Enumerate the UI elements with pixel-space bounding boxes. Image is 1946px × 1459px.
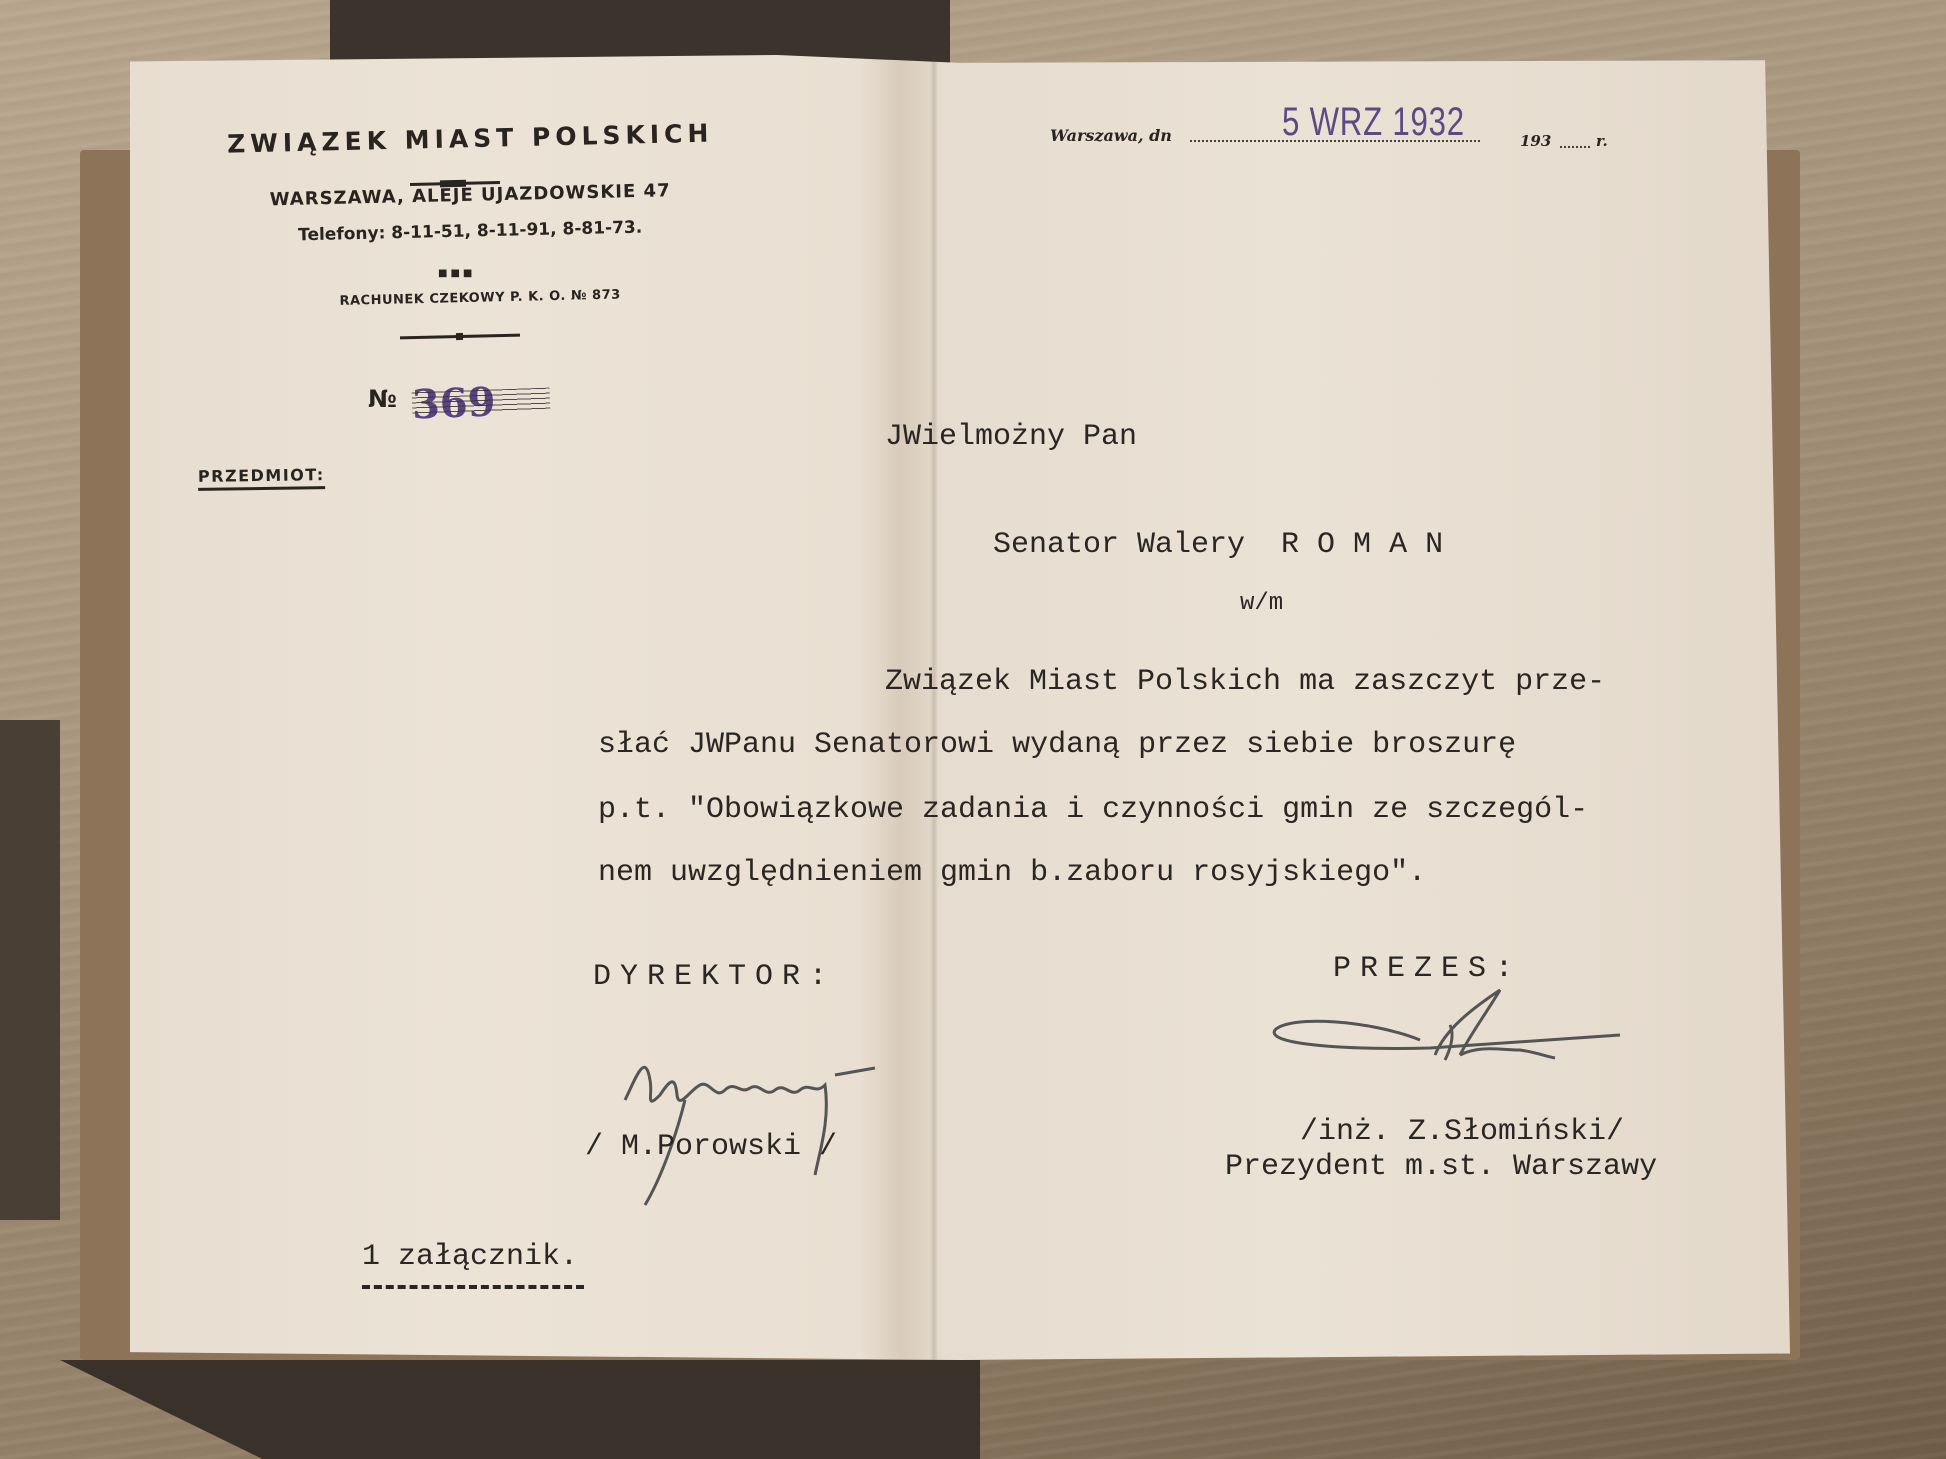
- date-stamp: 5 WRZ 1932: [1282, 100, 1465, 145]
- recipient-title: JWielmożny Pan: [885, 420, 1137, 454]
- president-name: /inż. Z.Słomiński/: [1300, 1115, 1624, 1149]
- date-year-prefix: 193: [1520, 132, 1551, 150]
- body-line: słać JWPanu Senatorowi wydaną przez sieb…: [598, 728, 1516, 762]
- dark-book-edge: [0, 720, 60, 1220]
- recipient-name: Senator Walery R O M A N: [993, 528, 1443, 562]
- date-suffix: r.: [1596, 132, 1608, 150]
- president-title: Prezydent m.st. Warszawy: [1225, 1150, 1657, 1184]
- president-signature: [1270, 990, 1630, 1084]
- body-line: p.t. "Obowiązkowe zadania i czynności gm…: [598, 793, 1588, 827]
- director-name: / M.Porowski /: [585, 1130, 837, 1164]
- director-role: DYREKTOR:: [593, 960, 836, 994]
- body-line: nem uwzględnieniem gmin b.zaboru rosyjsk…: [598, 856, 1426, 890]
- date-year-dots: [1560, 146, 1590, 148]
- attachment-note: 1 załącznik.: [362, 1240, 578, 1274]
- letterhead-separator: ■■■: [438, 268, 475, 279]
- body-line: Związek Miast Polskich ma zaszczyt prze-: [885, 665, 1605, 699]
- reference-number-label: №: [368, 385, 397, 413]
- director-signature: [615, 1040, 995, 1214]
- president-role: PREZES:: [1333, 952, 1522, 986]
- recipient-city: w/m: [1240, 590, 1283, 617]
- subject-label: PRZEDMIOT:: [198, 465, 325, 491]
- date-place: Warszawa, dn: [1050, 126, 1172, 145]
- attachment-underline: [362, 1285, 584, 1289]
